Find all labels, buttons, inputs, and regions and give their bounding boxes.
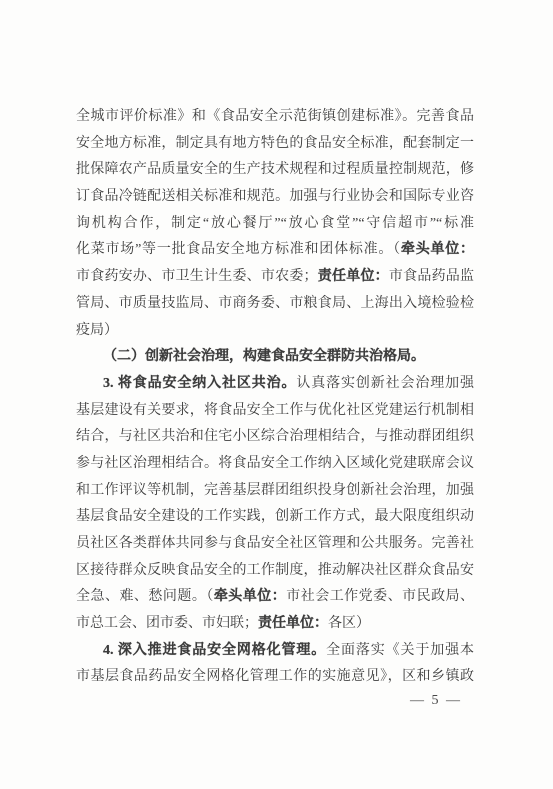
text-segment: 全急、难、愁问题。（: [76, 589, 214, 604]
text-segment: 员社区各类群体共同参与食品安全社区管理和公共服务。完善社: [76, 536, 474, 551]
text-segment: 市总工会、团市委、市妇联；: [76, 616, 258, 631]
text-line: 订食品冷链配送相关标准和规范。加强与行业协会和国际专业咨: [76, 184, 474, 211]
text-line: 管局、市质量技监局、市商务委、市粮食局、上海出入境检验检: [76, 291, 474, 318]
text-segment: 市食品药品监: [389, 269, 474, 284]
text-segment: 牵头单位：: [401, 242, 474, 257]
text-segment: 4. 深入推进食品安全网格化管理。: [103, 643, 326, 658]
page-number: — 5 —: [76, 693, 474, 709]
text-line: （二）创新社会治理，构建食品安全群防共治格局。: [76, 344, 474, 371]
text-line: 4. 深入推进食品安全网格化管理。全面落实《关于加强本: [76, 638, 474, 665]
text-segment: 询机构合作，制定“放心餐厅”“放心食堂”“守信超市”“标准: [76, 216, 474, 231]
text-line: 市基层食品药品安全网格化管理工作的实施意见》，区和乡镇政: [76, 664, 474, 691]
text-line: 化菜市场”等一批食品安全地方标准和团体标准。（牵头单位：: [76, 237, 474, 264]
text-line: 员社区各类群体共同参与食品安全社区管理和公共服务。完善社: [76, 531, 474, 558]
text-segment: 基层食品安全建设的工作实践，创新工作方式，最大限度组织动: [76, 509, 474, 524]
text-segment: 各区）: [328, 616, 370, 631]
text-line: 全城市评价标准》和《食品安全示范街镇创建标准》。完善食品: [76, 104, 474, 131]
text-segment: 区接待群众反映食品安全的工作制度，推动解决社区群众食品安: [76, 563, 474, 578]
text-segment: 疫局）: [76, 323, 118, 338]
text-segment: 市社会工作党委、市民政局、: [286, 589, 474, 604]
text-segment: 责任单位：: [318, 269, 389, 284]
text-segment: 认真落实创新社会治理加强: [296, 376, 474, 391]
text-segment: 管局、市质量技监局、市商务委、市粮食局、上海出入境检验检: [76, 296, 474, 311]
text-segment: 责任单位：: [258, 616, 328, 631]
text-segment: 安全地方标准，制定具有地方特色的食品安全标准，配套制定一: [76, 136, 474, 151]
text-line: 结合，与社区共治和住宅小区综合治理相结合，与推动群团组织: [76, 424, 474, 451]
text-line: 基层食品安全建设的工作实践，创新工作方式，最大限度组织动: [76, 504, 474, 531]
text-line: 安全地方标准，制定具有地方特色的食品安全标准，配套制定一: [76, 131, 474, 158]
text-segment: 市基层食品药品安全网格化管理工作的实施意见》，区和乡镇政: [76, 669, 474, 684]
text-segment: 和工作评议等机制，完善基层群团组织投身创新社会治理，加强: [76, 483, 474, 498]
text-line: 全急、难、愁问题。（牵头单位：市社会工作党委、市民政局、: [76, 584, 474, 611]
text-line: 询机构合作，制定“放心餐厅”“放心食堂”“守信超市”“标准: [76, 211, 474, 238]
document-page: 全城市评价标准》和《食品安全示范街镇创建标准》。完善食品安全地方标准，制定具有地…: [0, 0, 553, 789]
text-line: 市食药安办、市卫生计生委、市农委；责任单位：市食品药品监: [76, 264, 474, 291]
text-segment: 参与社区治理相结合。将食品安全工作纳入区域化党建联席会议: [76, 456, 474, 471]
text-segment: 化菜市场”等一批食品安全地方标准和团体标准。（: [76, 242, 401, 257]
text-segment: 全城市评价标准》和《食品安全示范街镇创建标准》。完善食品: [76, 109, 474, 124]
text-line: 基层建设有关要求，将食品安全工作与优化社区党建运行机制相: [76, 398, 474, 425]
text-line: 批保障农产品质量安全的生产技术规程和过程质量控制规范，修: [76, 157, 474, 184]
text-line: 区接待群众反映食品安全的工作制度，推动解决社区群众食品安: [76, 558, 474, 585]
text-line: 和工作评议等机制，完善基层群团组织投身创新社会治理，加强: [76, 478, 474, 505]
text-segment: 牵头单位：: [214, 589, 286, 604]
text-segment: 市食药安办、市卫生计生委、市农委；: [76, 269, 318, 284]
text-segment: 全面落实《关于加强本: [326, 643, 474, 658]
document-body: 全城市评价标准》和《食品安全示范街镇创建标准》。完善食品安全地方标准，制定具有地…: [76, 104, 474, 691]
text-segment: 结合，与社区共治和住宅小区综合治理相结合，与推动群团组织: [76, 429, 474, 444]
text-segment: 基层建设有关要求，将食品安全工作与优化社区党建运行机制相: [76, 403, 474, 418]
text-segment: （二）创新社会治理，构建食品安全群防共治格局。: [103, 349, 425, 364]
text-line: 参与社区治理相结合。将食品安全工作纳入区域化党建联席会议: [76, 451, 474, 478]
text-segment: 3. 将食品安全纳入社区共治。: [103, 376, 296, 391]
text-line: 市总工会、团市委、市妇联；责任单位：各区）: [76, 611, 474, 638]
text-line: 3. 将食品安全纳入社区共治。认真落实创新社会治理加强: [76, 371, 474, 398]
text-line: 疫局）: [76, 318, 474, 345]
text-segment: 订食品冷链配送相关标准和规范。加强与行业协会和国际专业咨: [76, 189, 474, 204]
text-segment: 批保障农产品质量安全的生产技术规程和过程质量控制规范，修: [76, 162, 474, 177]
